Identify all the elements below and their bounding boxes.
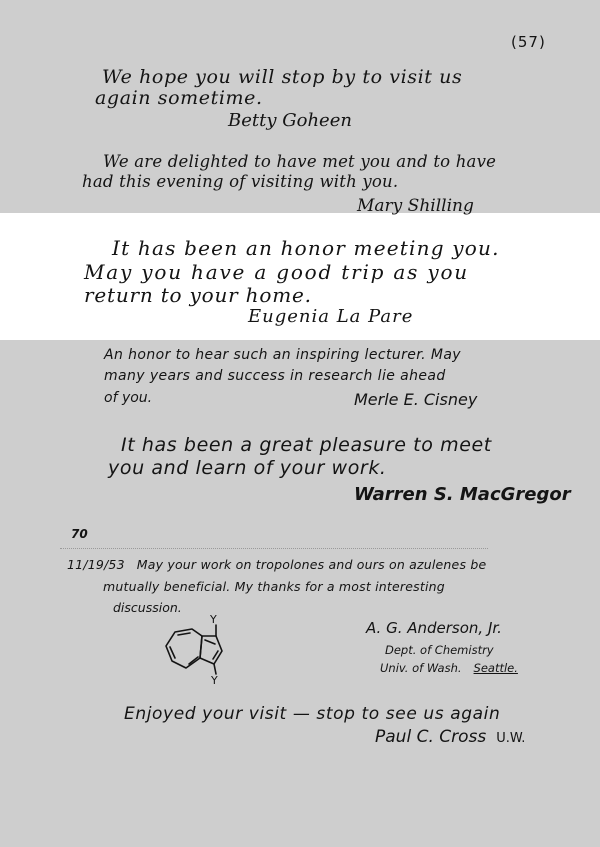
entry-text: May your work on tropolones and ours on …	[137, 557, 487, 572]
entry-line: had this evening of visiting with you.	[82, 172, 398, 191]
signature: Merle E. Cisney	[354, 390, 477, 409]
divider	[60, 548, 488, 549]
signature: Mary Shilling	[357, 196, 474, 216]
entry-line: mutually beneficial. My thanks for a mos…	[103, 579, 445, 594]
section-number: 70	[71, 527, 88, 541]
signature: A. G. Anderson, Jr.	[366, 619, 502, 637]
entry-line: It has been an honor meeting you.	[112, 236, 500, 260]
entry-line: It has been a great pleasure to meet	[121, 434, 492, 456]
entry-line: again sometime.	[95, 87, 263, 109]
entry-line: you and learn of your work.	[108, 457, 387, 479]
entry-line: Enjoyed your visit — stop to see us agai…	[124, 704, 500, 724]
affiliation: Dept. of Chemistry	[385, 643, 494, 657]
entry-line: return to your home.	[84, 283, 312, 307]
entry-line: We hope you will stop by to visit us	[102, 66, 462, 88]
entry-line: We are delighted to have met you and to …	[103, 152, 496, 171]
affiliation: U.W.	[496, 731, 525, 746]
entry-line: An honor to hear such an inspiring lectu…	[104, 347, 461, 363]
affiliation-city: Seattle.	[474, 661, 518, 675]
signature: Betty Goheen	[228, 110, 352, 131]
entry-line: of you.	[104, 390, 152, 406]
entry-line: May you have a good trip as you	[84, 260, 469, 284]
entry-line: many years and success in research lie a…	[104, 368, 446, 384]
guestbook-page: (57) We hope you will stop by to visit u…	[0, 0, 600, 847]
page-number: (57)	[511, 33, 546, 51]
entry-date: 11/19/53	[67, 557, 125, 572]
substituent-label: Y	[210, 674, 218, 684]
entry-line: 11/19/53May your work on tropolones and …	[67, 557, 486, 572]
azulene-structure-icon: Y Y	[160, 612, 244, 684]
affiliation-university: Univ. of Wash.	[380, 661, 462, 675]
signature: Paul C. CrossU.W.	[375, 727, 525, 747]
signature: Warren S. MacGregor	[354, 484, 571, 505]
signature: Eugenia La Pare	[248, 306, 413, 327]
substituent-label: Y	[209, 613, 217, 626]
signature-name: Paul C. Cross	[375, 727, 486, 747]
affiliation: Univ. of Wash.Seattle.	[380, 661, 518, 675]
